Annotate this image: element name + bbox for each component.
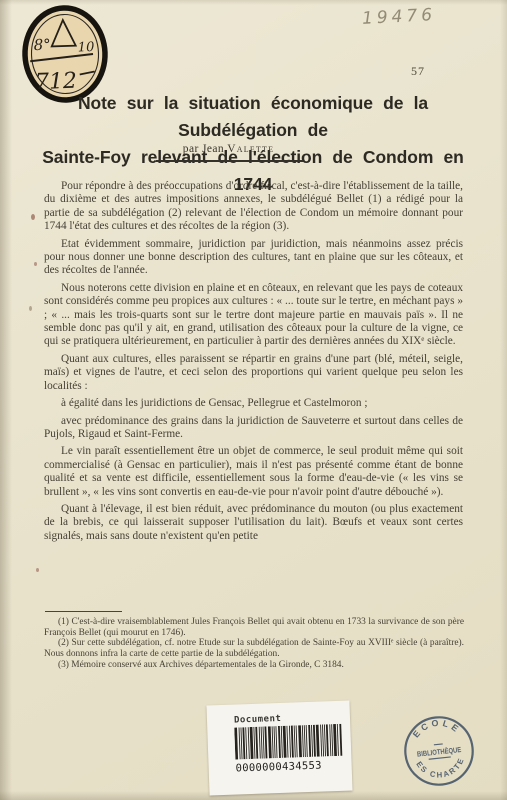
scanned-document-page: 8° 10 712 19476 57 Note sur la situation… bbox=[0, 0, 507, 800]
barcode-number: 0000000434553 bbox=[235, 758, 351, 774]
accession-number-handwritten: 19476 bbox=[362, 3, 473, 29]
page-edge-shadow-right bbox=[500, 0, 507, 800]
body-paragraph: Le vin paraît essentiellement être un ob… bbox=[44, 445, 463, 499]
body-paragraph: Pour répondre à des préoccupations d'ord… bbox=[44, 180, 463, 234]
byline-prefix: par Jean bbox=[183, 143, 227, 155]
shelfmark-format: 8° bbox=[33, 35, 51, 54]
body-paragraph: Quant aux cultures, elles paraissent se … bbox=[44, 353, 463, 393]
body-paragraph: Etat évidemment sommaire, juridiction pa… bbox=[44, 238, 463, 278]
page-number: 57 bbox=[411, 64, 425, 79]
stamp-rule-top bbox=[434, 743, 443, 745]
footnote-3: (3) Mémoire conservé aux Archives départ… bbox=[44, 660, 464, 671]
barcode-label: Document 0000000434553 bbox=[206, 701, 352, 796]
body-paragraph-list-item: à égalité dans les juridictions de Gensa… bbox=[44, 397, 463, 410]
byline: par Jean Valette bbox=[0, 143, 457, 155]
footnote-2: (2) Sur cette subdélégation, cf. notre E… bbox=[44, 638, 464, 659]
article-body: Pour répondre à des préoccupations d'ord… bbox=[44, 180, 463, 547]
stamp-top-text: ECOLE bbox=[409, 715, 463, 740]
stamp-middle-text: BIBLIOTHÈQUE bbox=[417, 745, 462, 759]
body-paragraph: Quant à l'élevage, il est bien réduit, a… bbox=[44, 503, 463, 543]
footnotes: (1) C'est-à-dire vraisemblablement Jules… bbox=[44, 617, 464, 671]
title-line-1: Note sur la situation économique de la S… bbox=[34, 90, 472, 144]
svg-text:ECOLE: ECOLE bbox=[409, 715, 463, 740]
scan-speck bbox=[34, 262, 37, 266]
page-edge-shadow-left bbox=[0, 0, 12, 800]
scan-speck bbox=[31, 214, 35, 220]
byline-author: Valette bbox=[227, 143, 274, 155]
body-paragraph: Nous noterons cette division en plaine e… bbox=[44, 282, 463, 349]
library-stamp: ECOLE BIBLIOTHÈQUE DES CHARTES bbox=[402, 714, 476, 788]
title-rule bbox=[156, 160, 303, 162]
body-paragraph-list-item: avec prédominance des grains dans la jur… bbox=[44, 415, 463, 442]
footnote-1: (1) C'est-à-dire vraisemblablement Jules… bbox=[44, 617, 464, 638]
barcode bbox=[234, 724, 343, 760]
scan-speck bbox=[29, 306, 32, 311]
scan-speck bbox=[36, 568, 39, 572]
footnote-separator bbox=[45, 611, 122, 612]
